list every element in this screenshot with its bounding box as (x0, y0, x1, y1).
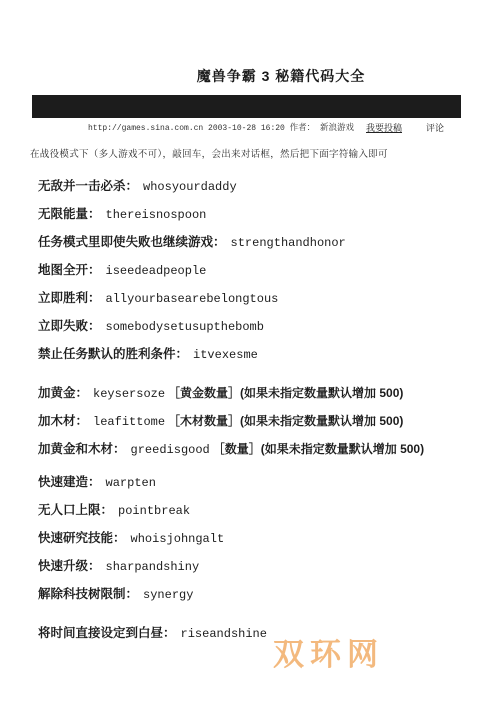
cheat-line: 快速研究技能：whoisjohngalt (38, 532, 478, 545)
cheat-line: 禁止任务默认的胜利条件：itvexesme (38, 348, 478, 361)
cheat-colon: ： (76, 386, 89, 400)
cheat-code: riseandshine (181, 627, 267, 641)
cheat-group: 快速建造：warpten无人口上限：pointbreak快速研究技能：whois… (38, 476, 478, 601)
cheat-list: 无敌并一击必杀：whosyourdaddy无限能量：thereisnospoon… (38, 180, 478, 640)
cheat-colon: ： (88, 559, 101, 573)
cheat-label: 加黄金 (38, 386, 76, 400)
cheat-line: 将时间直接设定到白昼：riseandshine (38, 627, 478, 640)
cheat-code: itvexesme (193, 348, 258, 362)
cheat-label: 地图全开 (38, 263, 88, 277)
cheat-code: leafittome (93, 415, 165, 429)
cheat-code: synergy (143, 588, 193, 602)
cheat-colon: ： (88, 207, 101, 221)
cheat-line: 加木材：leafittome［木材数量］(如果未指定数量默认增加 500) (38, 415, 478, 428)
cheat-code: whosyourdaddy (143, 180, 237, 194)
article-page: 魔兽争霸 3 秘籍代码大全 http://games.sina.com.cn 2… (0, 0, 500, 708)
cheat-colon: ： (88, 319, 101, 333)
cheat-colon: ： (113, 531, 126, 545)
cheat-line: 加黄金和木材：greedisgood［数量］(如果未指定数量默认增加 500) (38, 443, 478, 456)
author-name: 新浪游戏 (320, 122, 354, 132)
cheat-code: greedisgood (131, 443, 210, 457)
header-divider-bar (32, 95, 461, 118)
cheat-label: 快速建造 (38, 475, 88, 489)
cheat-line: 快速升级：sharpandshiny (38, 560, 478, 573)
cheat-label: 加木材 (38, 414, 76, 428)
author-label: 作者： (290, 122, 316, 132)
cheat-colon: ： (88, 263, 101, 277)
cheat-label: 无敌并一击必杀 (38, 179, 126, 193)
cheat-label: 立即失败 (38, 319, 88, 333)
cheat-suffix: ［数量］(如果未指定数量默认增加 500) (213, 442, 424, 456)
cheat-line: 解除科技树限制：synergy (38, 588, 478, 601)
cheat-suffix: ［木材数量］(如果未指定数量默认增加 500) (168, 414, 403, 428)
cheat-group: 无敌并一击必杀：whosyourdaddy无限能量：thereisnospoon… (38, 180, 478, 361)
cheat-colon: ： (163, 626, 176, 640)
source-url: http://games.sina.com.cn (88, 124, 203, 133)
cheat-label: 无限能量 (38, 207, 88, 221)
cheat-code: sharpandshiny (106, 560, 200, 574)
cheat-code: whoisjohngalt (131, 532, 225, 546)
cheat-group: 将时间直接设定到白昼：riseandshine (38, 627, 478, 640)
cheat-line: 快速建造：warpten (38, 476, 478, 489)
cheat-label: 快速升级 (38, 559, 88, 573)
cheat-label: 立即胜利 (38, 291, 88, 305)
publish-datetime: 2003-10-28 16:20 (208, 124, 285, 133)
cheat-code: strengthandhonor (231, 236, 346, 250)
cheat-label: 禁止任务默认的胜利条件 (38, 347, 176, 361)
cheat-line: 无敌并一击必杀：whosyourdaddy (38, 180, 478, 193)
cheat-code: somebodysetusupthebomb (106, 320, 264, 334)
cheat-colon: ： (101, 503, 114, 517)
watermark: 双环网 (273, 629, 384, 674)
byline: http://games.sina.com.cn 2003-10-28 16:2… (88, 121, 354, 133)
cheat-line: 无人口上限：pointbreak (38, 504, 478, 517)
cheat-line: 无限能量：thereisnospoon (38, 208, 478, 221)
cheat-label: 无人口上限 (38, 503, 101, 517)
cheat-line: 立即失败：somebodysetusupthebomb (38, 320, 478, 333)
submit-article-link[interactable]: 我要投稿 (366, 121, 402, 134)
cheat-colon: ： (88, 475, 101, 489)
cheat-colon: ： (76, 414, 89, 428)
cheat-line: 加黄金：keysersoze［黄金数量］(如果未指定数量默认增加 500) (38, 387, 478, 400)
comment-link[interactable]: 评论 (426, 121, 444, 134)
cheat-line: 任务模式里即使失败也继续游戏：strengthandhonor (38, 236, 478, 249)
cheat-code: iseedeadpeople (106, 264, 207, 278)
cheat-label: 将时间直接设定到白昼 (38, 626, 163, 640)
page-title: 魔兽争霸 3 秘籍代码大全 (0, 66, 500, 86)
cheat-colon: ： (88, 291, 101, 305)
intro-paragraph: 在战役模式下（多人游戏不可），敲回车，会出来对话框，然后把下面字符输入即可 (30, 146, 388, 160)
cheat-colon: ： (176, 347, 189, 361)
cheat-line: 地图全开：iseedeadpeople (38, 264, 478, 277)
cheat-colon: ： (126, 179, 139, 193)
cheat-colon: ： (126, 587, 139, 601)
cheat-code: allyourbasearebelongtous (106, 292, 279, 306)
cheat-code: keysersoze (93, 387, 165, 401)
cheat-line: 立即胜利：allyourbasearebelongtous (38, 292, 478, 305)
cheat-label: 解除科技树限制 (38, 587, 126, 601)
cheat-label: 任务模式里即使失败也继续游戏 (38, 235, 213, 249)
cheat-colon: ： (113, 442, 126, 456)
cheat-suffix: ［黄金数量］(如果未指定数量默认增加 500) (168, 386, 403, 400)
cheat-code: pointbreak (118, 504, 190, 518)
cheat-label: 快速研究技能 (38, 531, 113, 545)
cheat-code: thereisnospoon (106, 208, 207, 222)
cheat-code: warpten (106, 476, 156, 490)
cheat-group: 加黄金：keysersoze［黄金数量］(如果未指定数量默认增加 500)加木材… (38, 387, 478, 456)
cheat-label: 加黄金和木材 (38, 442, 113, 456)
cheat-colon: ： (213, 235, 226, 249)
